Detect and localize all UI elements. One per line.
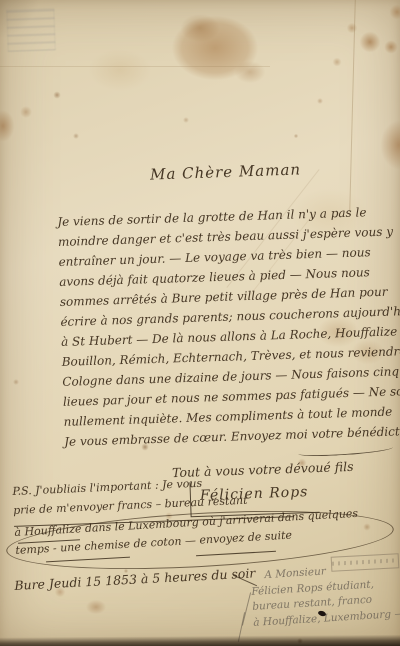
fold-crease-vertical bbox=[349, 0, 356, 212]
ink-flourish bbox=[298, 444, 393, 458]
letter-body: Je viens de sortir de la grotte de Han i… bbox=[57, 201, 400, 452]
handwritten-letter-photo: Ma Chère Maman Je viens de sortir de la … bbox=[0, 0, 400, 646]
photo-edge-shadow bbox=[0, 635, 400, 646]
fold-crease-horizontal bbox=[0, 66, 270, 67]
pencil-address: A Monsieur Félicien Rops étudiant, burea… bbox=[250, 560, 400, 631]
underline-envoyez bbox=[196, 551, 276, 556]
dateline: Bure Jeudi 15 1853 à 5 heures du soir bbox=[14, 565, 256, 593]
salutation: Ma Chère Maman bbox=[150, 160, 302, 183]
embossed-stamp bbox=[6, 8, 55, 52]
pencil-bracket-stroke bbox=[242, 592, 251, 625]
